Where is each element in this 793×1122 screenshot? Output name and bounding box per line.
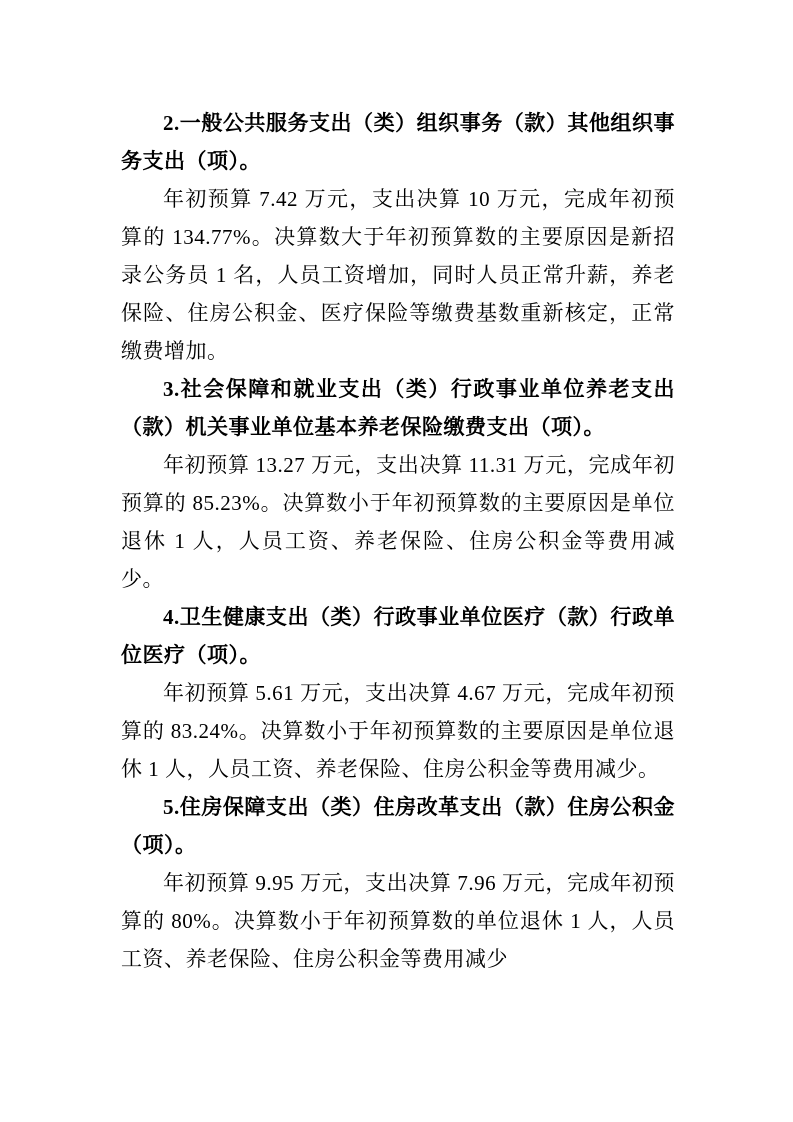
- section-heading-general-public-services: 2.一般公共服务支出（类）组织事务（款）其他组织事务支出（项）。: [121, 104, 675, 180]
- document-page: 2.一般公共服务支出（类）组织事务（款）其他组织事务支出（项）。 年初预算 7.…: [0, 0, 793, 1122]
- section-heading-social-security-employment: 3.社会保障和就业支出（类）行政事业单位养老支出（款）机关事业单位基本养老保险缴…: [121, 370, 675, 446]
- section-body-social-security-employment: 年初预算 13.27 万元，支出决算 11.31 万元，完成年初预算的 85.2…: [121, 446, 675, 598]
- section-body-housing-security: 年初预算 9.95 万元，支出决算 7.96 万元，完成年初预算的 80%。决算…: [121, 864, 675, 978]
- section-heading-health: 4.卫生健康支出（类）行政事业单位医疗（款）行政单位医疗（项）。: [121, 598, 675, 674]
- document-text-block: 2.一般公共服务支出（类）组织事务（款）其他组织事务支出（项）。 年初预算 7.…: [121, 104, 675, 978]
- section-body-general-public-services: 年初预算 7.42 万元，支出决算 10 万元，完成年初预算的 134.77%。…: [121, 180, 675, 370]
- section-body-health: 年初预算 5.61 万元，支出决算 4.67 万元，完成年初预算的 83.24%…: [121, 674, 675, 788]
- section-heading-housing-security: 5.住房保障支出（类）住房改革支出（款）住房公积金（项）。: [121, 788, 675, 864]
